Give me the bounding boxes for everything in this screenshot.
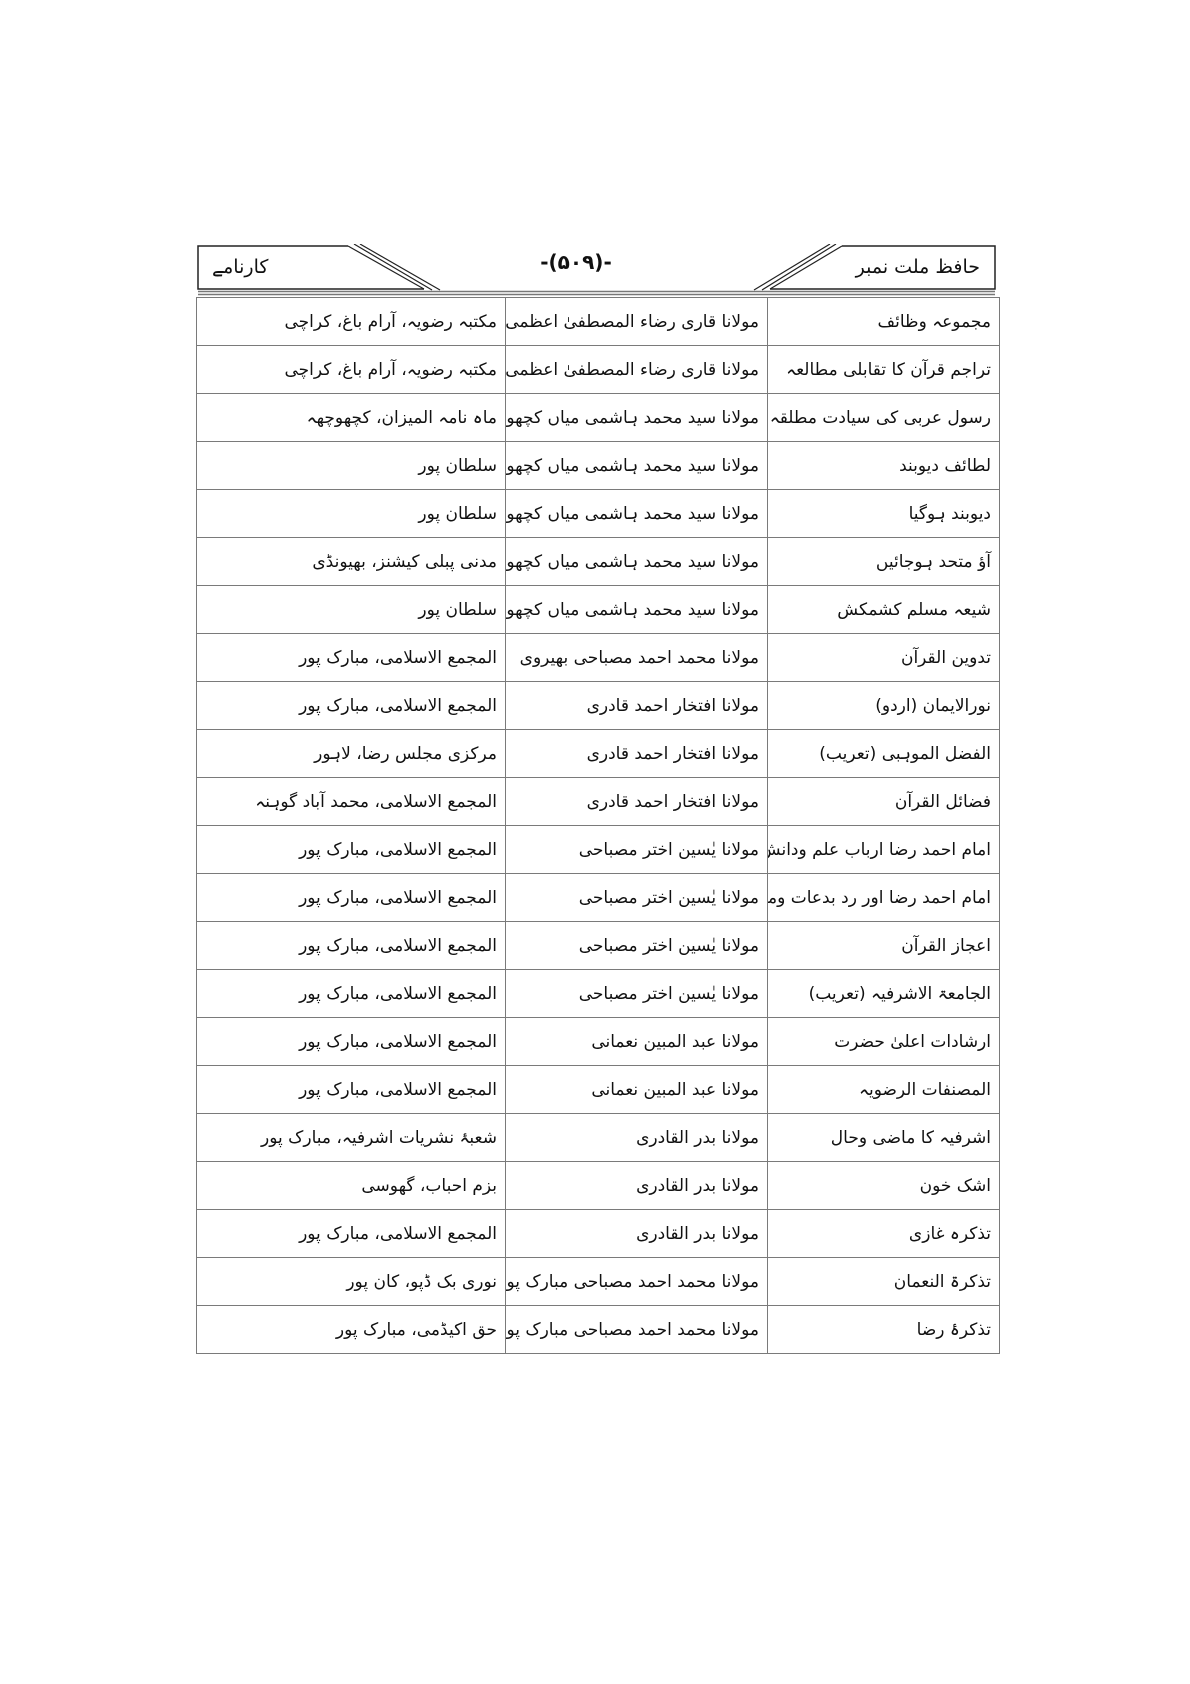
- author-cell: مولانا یٰسین اختر مصباحی: [506, 874, 768, 922]
- table-row: نورالایمان (اردو)مولانا افتخار احمد قادر…: [197, 682, 1000, 730]
- author-cell: مولانا سید محمد ہاشمی میاں کچھوچھوی: [506, 586, 768, 634]
- author-cell: مولانا محمد احمد مصباحی مبارک پوری: [506, 1258, 768, 1306]
- book-title-cell: الفضل الموہبی (تعریب): [768, 730, 1000, 778]
- table-row: آؤ متحد ہوجائیںمولانا سید محمد ہاشمی میا…: [197, 538, 1000, 586]
- book-title-cell: الجامعۃ الاشرفیہ (تعریب): [768, 970, 1000, 1018]
- page-header: کارنامے -(۵۰۹)- حافظ ملت نمبر: [196, 244, 998, 296]
- table-row: تذکرۃ النعمانمولانا محمد احمد مصباحی مبا…: [197, 1258, 1000, 1306]
- author-cell: مولانا قاری رضاء المصطفیٰ اعظمی: [506, 346, 768, 394]
- books-table: مجموعہ وظائفمولانا قاری رضاء المصطفیٰ اع…: [196, 297, 1000, 1354]
- publisher-cell: المجمع الاسلامی، مبارک پور: [197, 1066, 506, 1114]
- author-cell: مولانا سید محمد ہاشمی میاں کچھوچھوی: [506, 538, 768, 586]
- page-number: -(۵۰۹)-: [196, 250, 956, 274]
- publisher-cell: المجمع الاسلامی، مبارک پور: [197, 634, 506, 682]
- book-title-cell: ارشادات اعلیٰ حضرت: [768, 1018, 1000, 1066]
- publisher-cell: سلطان پور: [197, 586, 506, 634]
- book-title-cell: دیوبند ہوگیا: [768, 490, 1000, 538]
- table-row: دیوبند ہوگیامولانا سید محمد ہاشمی میاں ک…: [197, 490, 1000, 538]
- publisher-cell: المجمع الاسلامی، مبارک پور: [197, 682, 506, 730]
- table-row: امام احمد رضا اور رد بدعات ومنکراتمولانا…: [197, 874, 1000, 922]
- table-row: الفضل الموہبی (تعریب)مولانا افتخار احمد …: [197, 730, 1000, 778]
- book-title-cell: آؤ متحد ہوجائیں: [768, 538, 1000, 586]
- table-row: تذکرہ غازیمولانا بدر القادریالمجمع الاسل…: [197, 1210, 1000, 1258]
- table-row: تراجم قرآن کا تقابلی مطالعہمولانا قاری ر…: [197, 346, 1000, 394]
- book-title-cell: تراجم قرآن کا تقابلی مطالعہ: [768, 346, 1000, 394]
- book-title-cell: تذکرۃ النعمان: [768, 1258, 1000, 1306]
- book-title-cell: شیعہ مسلم کشمکش: [768, 586, 1000, 634]
- author-cell: مولانا یٰسین اختر مصباحی: [506, 970, 768, 1018]
- book-title-cell: رسول عربی کی سیادت مطلقہ: [768, 394, 1000, 442]
- book-title-cell: امام احمد رضا ارباب علم ودانش کی نظر میں: [768, 826, 1000, 874]
- publisher-cell: المجمع الاسلامی، محمد آباد گوہنہ: [197, 778, 506, 826]
- publisher-cell: مکتبہ رضویہ، آرام باغ، کراچی: [197, 298, 506, 346]
- publisher-cell: المجمع الاسلامی، مبارک پور: [197, 874, 506, 922]
- publisher-cell: المجمع الاسلامی، مبارک پور: [197, 826, 506, 874]
- author-cell: مولانا بدر القادری: [506, 1114, 768, 1162]
- author-cell: مولانا یٰسین اختر مصباحی: [506, 922, 768, 970]
- table-row: مجموعہ وظائفمولانا قاری رضاء المصطفیٰ اع…: [197, 298, 1000, 346]
- author-cell: مولانا بدر القادری: [506, 1162, 768, 1210]
- publisher-cell: المجمع الاسلامی، مبارک پور: [197, 1210, 506, 1258]
- publisher-cell: حق اکیڈمی، مبارک پور: [197, 1306, 506, 1354]
- book-title-cell: نورالایمان (اردو): [768, 682, 1000, 730]
- author-cell: مولانا افتخار احمد قادری: [506, 778, 768, 826]
- book-title-cell: لطائف دیوبند: [768, 442, 1000, 490]
- table-row: رسول عربی کی سیادت مطلقہمولانا سید محمد …: [197, 394, 1000, 442]
- table-row: المصنفات الرضویہمولانا عبد المبین نعمانی…: [197, 1066, 1000, 1114]
- publisher-cell: ماہ نامہ المیزان، کچھوچھہ: [197, 394, 506, 442]
- publisher-cell: سلطان پور: [197, 490, 506, 538]
- author-cell: مولانا یٰسین اختر مصباحی: [506, 826, 768, 874]
- book-title-cell: تدوین القرآن: [768, 634, 1000, 682]
- publisher-cell: بزم احباب، گھوسی: [197, 1162, 506, 1210]
- author-cell: مولانا عبد المبین نعمانی: [506, 1018, 768, 1066]
- author-cell: مولانا افتخار احمد قادری: [506, 730, 768, 778]
- author-cell: مولانا سید محمد ہاشمی میاں کچھوچھوی: [506, 490, 768, 538]
- book-title-cell: تذکرۂ رضا: [768, 1306, 1000, 1354]
- table-row: اشرفیہ کا ماضی وحالمولانا بدر القادریشعب…: [197, 1114, 1000, 1162]
- publisher-cell: المجمع الاسلامی، مبارک پور: [197, 970, 506, 1018]
- publisher-cell: المجمع الاسلامی، مبارک پور: [197, 1018, 506, 1066]
- author-cell: مولانا قاری رضاء المصطفیٰ اعظمی: [506, 298, 768, 346]
- table-row: لطائف دیوبندمولانا سید محمد ہاشمی میاں ک…: [197, 442, 1000, 490]
- table-row: شیعہ مسلم کشمکشمولانا سید محمد ہاشمی میا…: [197, 586, 1000, 634]
- author-cell: مولانا محمد احمد مصباحی بھیروی: [506, 634, 768, 682]
- book-title-cell: اعجاز القرآن: [768, 922, 1000, 970]
- table-row: الجامعۃ الاشرفیہ (تعریب)مولانا یٰسین اخت…: [197, 970, 1000, 1018]
- book-title-cell: المصنفات الرضویہ: [768, 1066, 1000, 1114]
- publisher-cell: نوری بک ڈپو، کان پور: [197, 1258, 506, 1306]
- table-row: ارشادات اعلیٰ حضرتمولانا عبد المبین نعما…: [197, 1018, 1000, 1066]
- table-row: تدوین القرآنمولانا محمد احمد مصباحی بھیر…: [197, 634, 1000, 682]
- author-cell: مولانا بدر القادری: [506, 1210, 768, 1258]
- table-row: اشک خونمولانا بدر القادریبزم احباب، گھوس…: [197, 1162, 1000, 1210]
- publisher-cell: مدنی پبلی کیشنز، بھیونڈی: [197, 538, 506, 586]
- book-title-cell: تذکرہ غازی: [768, 1210, 1000, 1258]
- publication-title: حافظ ملت نمبر: [856, 256, 980, 278]
- book-title-cell: فضائل القرآن: [768, 778, 1000, 826]
- author-cell: مولانا عبد المبین نعمانی: [506, 1066, 768, 1114]
- author-cell: مولانا سید محمد ہاشمی میاں کچھوچھوی: [506, 442, 768, 490]
- publisher-cell: مکتبہ رضویہ، آرام باغ، کراچی: [197, 346, 506, 394]
- publisher-cell: المجمع الاسلامی، مبارک پور: [197, 922, 506, 970]
- book-title-cell: اشک خون: [768, 1162, 1000, 1210]
- author-cell: مولانا سید محمد ہاشمی میاں کچھوچھوی: [506, 394, 768, 442]
- book-title-cell: مجموعہ وظائف: [768, 298, 1000, 346]
- table-row: فضائل القرآنمولانا افتخار احمد قادریالمج…: [197, 778, 1000, 826]
- author-cell: مولانا محمد احمد مصباحی مبارک پوری: [506, 1306, 768, 1354]
- publisher-cell: شعبۂ نشریات اشرفیہ، مبارک پور: [197, 1114, 506, 1162]
- publisher-cell: سلطان پور: [197, 442, 506, 490]
- publisher-cell: مرکزی مجلس رضا، لاہور: [197, 730, 506, 778]
- author-cell: مولانا افتخار احمد قادری: [506, 682, 768, 730]
- table-row: تذکرۂ رضامولانا محمد احمد مصباحی مبارک پ…: [197, 1306, 1000, 1354]
- book-title-cell: امام احمد رضا اور رد بدعات ومنکرات: [768, 874, 1000, 922]
- book-title-cell: اشرفیہ کا ماضی وحال: [768, 1114, 1000, 1162]
- table-row: اعجاز القرآنمولانا یٰسین اختر مصباحیالمج…: [197, 922, 1000, 970]
- table-row: امام احمد رضا ارباب علم ودانش کی نظر میں…: [197, 826, 1000, 874]
